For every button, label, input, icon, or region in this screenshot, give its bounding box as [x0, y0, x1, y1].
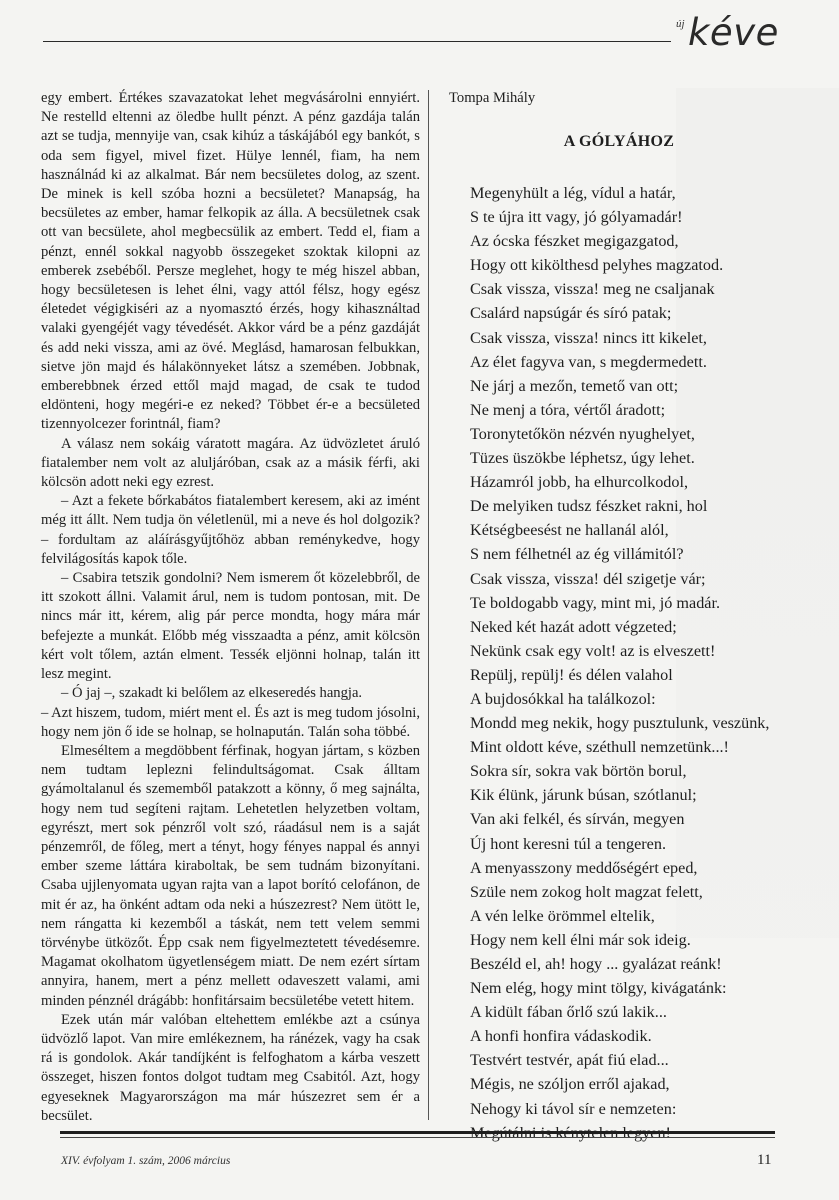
- poem-line: Megenyhült a lég, vídul a határ,: [470, 181, 769, 205]
- footer-rule-thin: [60, 1137, 775, 1138]
- poem-line: Testvért testvér, apát fiú elad...: [470, 1048, 769, 1072]
- poem-line: Az ócska fészket megigazgatod,: [470, 229, 769, 253]
- poem-line: Kétségbeesést ne hallanál alól,: [470, 518, 769, 542]
- poem-line: Mondd meg nekik, hogy pusztulunk, veszün…: [470, 711, 769, 735]
- poem-line: Sokra sír, sokra vak börtön borul,: [470, 759, 769, 783]
- poem-line: Ne járj a mezőn, temető van ott;: [470, 374, 769, 398]
- paragraph: Elmeséltem a megdöbbent férfinak, hogyan…: [41, 742, 420, 1011]
- poem-line: Nehogy ki távol sír e nemzeten:: [470, 1097, 769, 1121]
- header-rule: [43, 41, 671, 42]
- poem-line: Nem elég, hogy mint tölgy, kivágatánk:: [470, 976, 769, 1000]
- poem-line: Szüle nem zokog holt magzat felett,: [470, 880, 769, 904]
- poem-line: A kidült fában őrlő szú lakik...: [470, 1000, 769, 1024]
- page-number: 11: [757, 1152, 771, 1169]
- paragraph: – Csabira tetszik gondolni? Nem ismerem …: [41, 569, 420, 684]
- poem-line: Repülj, repülj! és délen valahol: [470, 663, 769, 687]
- poem-line: Csak vissza, vissza! meg ne csaljanak: [470, 277, 769, 301]
- poem-line: A honfi honfira vádaskodik.: [470, 1024, 769, 1048]
- paragraph: – Azt a fekete bőrkabátos fiatalembert k…: [41, 492, 420, 569]
- column-divider: [428, 90, 429, 1120]
- poem-line: Mint oldott kéve, széthull nemzetünk...!: [470, 735, 769, 759]
- issue-info: XIV. évfolyam 1. szám, 2006 március: [61, 1155, 230, 1167]
- paragraph: – Azt hiszem, tudom, miért ment el. És a…: [41, 704, 420, 742]
- paragraph: Ezek után már valóban eltehettem emlékbe…: [41, 1011, 420, 1126]
- poem-line: Beszéld el, ah! hogy ... gyalázat reánk!: [470, 952, 769, 976]
- poem-column: Tompa Mihály A GÓLYÁHOZ Megenyhült a lég…: [449, 89, 789, 108]
- logo-title: kéve: [688, 14, 779, 51]
- footer-rule: [60, 1131, 775, 1134]
- poem-line: A menyasszony meddőségért eped,: [470, 856, 769, 880]
- poem-line: Hogy ott kikölthesd pelyhes magzatod.: [470, 253, 769, 277]
- logo-prefix: új: [676, 18, 685, 30]
- poem-line: Csak vissza, vissza! dél szigetje vár;: [470, 567, 769, 591]
- poem-line: Nekünk csak egy volt! az is elveszett!: [470, 639, 769, 663]
- poem-lines: Megenyhült a lég, vídul a határ,S te újr…: [470, 181, 769, 1145]
- paragraph: egy embert. Értékes szavazatokat lehet m…: [41, 89, 420, 435]
- paragraph: – Ó jaj –, szakadt ki belőlem az elkeser…: [41, 684, 420, 703]
- poem-title: A GÓLYÁHOZ: [449, 133, 789, 151]
- poem-line: Tüzes üszökbe léphetsz, úgy lehet.: [470, 446, 769, 470]
- poem-line: De melyiken tudsz fészket rakni, hol: [470, 494, 769, 518]
- poem-line: A vén lelke örömmel eltelik,: [470, 904, 769, 928]
- article-column: egy embert. Értékes szavazatokat lehet m…: [41, 89, 420, 1126]
- poem-line: Hogy nem kell élni már sok ideig.: [470, 928, 769, 952]
- poem-line: Csak vissza, vissza! nincs itt kikelet,: [470, 326, 769, 350]
- poem-line: Mégis, ne szóljon erről ajakad,: [470, 1072, 769, 1096]
- poem-line: Az élet fagyva van, s megdermedett.: [470, 350, 769, 374]
- poem-line: S te újra itt vagy, jó gólyamadár!: [470, 205, 769, 229]
- paragraph: A válasz nem sokáig váratott magára. Az …: [41, 435, 420, 493]
- magazine-page: új kéve egy embert. Értékes szavazatokat…: [0, 0, 839, 1200]
- poem-line: Van aki felkél, és sírván, megyen: [470, 807, 769, 831]
- poem-author: Tompa Mihály: [449, 89, 789, 108]
- poem-line: Új hont keresni túl a tengeren.: [470, 832, 769, 856]
- poem-line: A bujdosókkal ha találkozol:: [470, 687, 769, 711]
- poem-line: Ne menj a tóra, vértől áradott;: [470, 398, 769, 422]
- poem-line: Kik élünk, járunk búsan, szótlanul;: [470, 783, 769, 807]
- poem-line: Te boldogabb vagy, mint mi, jó madár.: [470, 591, 769, 615]
- poem-line: Csalárd napsúgár és síró patak;: [470, 301, 769, 325]
- poem-line: Neked két hazát adott végzeted;: [470, 615, 769, 639]
- poem-line: Toronytetőkön nézvén nyughelyet,: [470, 422, 769, 446]
- poem-line: S nem félhetnél az ég villámitól?: [470, 542, 769, 566]
- poem-line: Házamról jobb, ha elhurcolkodol,: [470, 470, 769, 494]
